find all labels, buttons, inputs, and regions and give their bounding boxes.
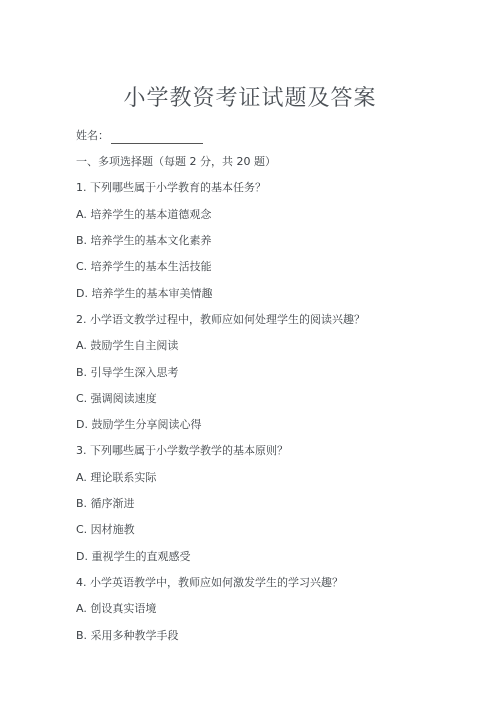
question-1-option-d: D. 培养学生的基本审美情趣 bbox=[76, 286, 212, 302]
name-blank-line bbox=[111, 131, 203, 144]
question-3-option-d: D. 重视学生的直观感受 bbox=[76, 549, 190, 565]
question-2-option-d: D. 鼓励学生分享阅读心得 bbox=[76, 417, 201, 433]
question-2-option-a: A. 鼓励学生自主阅读 bbox=[76, 338, 178, 354]
question-3-text: 3. 下列哪些属于小学数学教学的基本原则？ bbox=[76, 443, 288, 459]
question-1-option-b: B. 培养学生的基本文化素养 bbox=[76, 233, 212, 249]
question-4-option-a: A. 创设真实语境 bbox=[76, 601, 156, 617]
question-3-option-c: C. 因材施教 bbox=[76, 522, 135, 538]
question-1-option-a: A. 培养学生的基本道德观念 bbox=[76, 207, 211, 223]
name-field-row: 姓名： bbox=[76, 128, 203, 144]
question-4-option-b: B. 采用多种教学手段 bbox=[76, 628, 179, 644]
name-label: 姓名： bbox=[76, 128, 109, 144]
document-page: 小学教资考证试题及答案 姓名： 一、多项选择题（每题 2 分，共 20 题） 1… bbox=[0, 0, 500, 707]
question-2-text: 2. 小学语文教学过程中，教师应如何处理学生的阅读兴趣？ bbox=[76, 312, 365, 328]
document-title: 小学教资考证试题及答案 bbox=[0, 84, 500, 114]
question-3-option-b: B. 循序渐进 bbox=[76, 496, 135, 512]
question-4-text: 4. 小学英语教学中，教师应如何激发学生的学习兴趣？ bbox=[76, 575, 343, 591]
question-2-option-b: B. 引导学生深入思考 bbox=[76, 365, 179, 381]
question-2-option-c: C. 强调阅读速度 bbox=[76, 391, 157, 407]
section-heading: 一、多项选择题（每题 2 分，共 20 题） bbox=[76, 154, 276, 170]
question-3-option-a: A. 理论联系实际 bbox=[76, 470, 156, 486]
question-1-option-c: C. 培养学生的基本生活技能 bbox=[76, 259, 212, 275]
question-1-text: 1. 下列哪些属于小学教育的基本任务？ bbox=[76, 180, 266, 196]
